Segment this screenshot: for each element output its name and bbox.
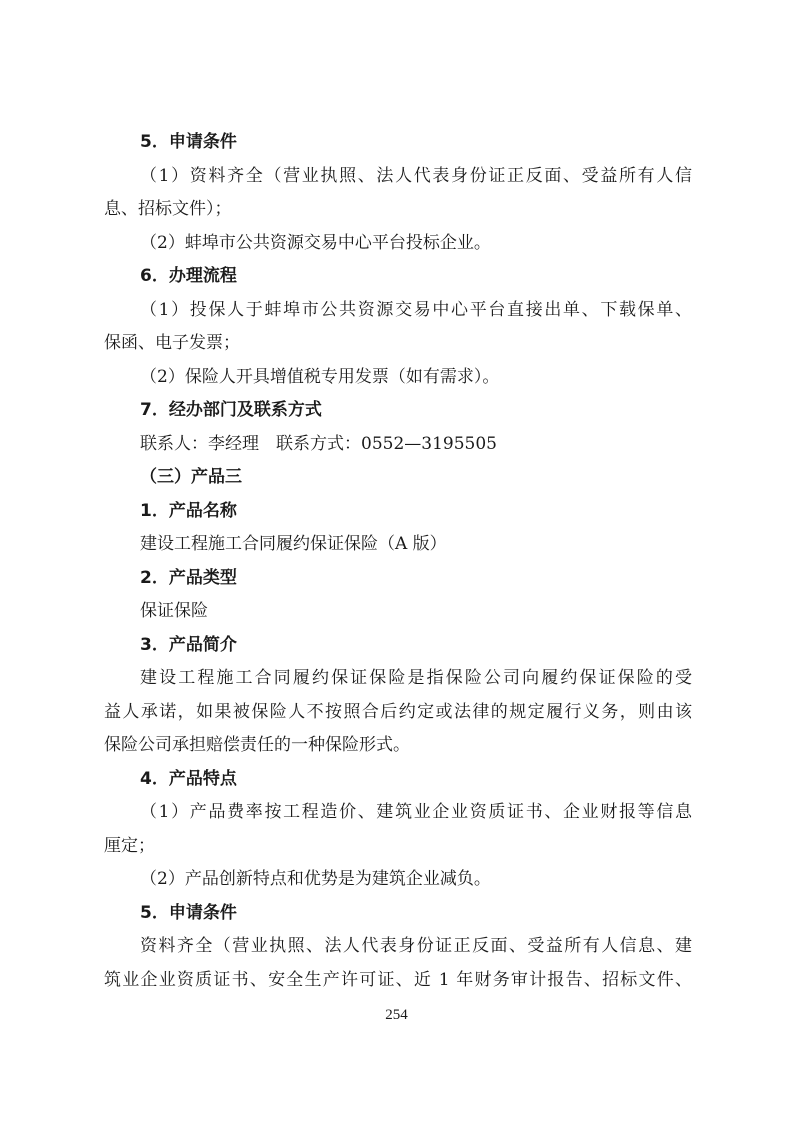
paragraph-line: （1）资料齐全（营业执照、法人代表身份证正反面、受益所有人信 — [104, 160, 692, 194]
product-heading: （三）产品三 — [104, 461, 692, 495]
section-heading: 4．产品特点 — [104, 763, 692, 797]
paragraph-line: （1）产品费率按工程造价、建筑业企业资质证书、企业财报等信息 — [104, 796, 692, 830]
paragraph-line: 建设工程施工合同履约保证保险是指保险公司向履约保证保险的受 — [104, 662, 692, 696]
section-heading: 3．产品简介 — [104, 629, 692, 663]
paragraph-line: 厘定； — [104, 830, 692, 864]
section-heading: 6．办理流程 — [104, 260, 692, 294]
paragraph-line: 资料齐全（营业执照、法人代表身份证正反面、受益所有人信息、建 — [104, 930, 692, 964]
paragraph-line: 筑业企业资质证书、安全生产许可证、近 1 年财务审计报告、招标文件、 — [104, 964, 692, 998]
section-heading: 5．申请条件 — [104, 126, 692, 160]
section-heading: 7．经办部门及联系方式 — [104, 394, 692, 428]
paragraph-line: （1）投保人于蚌埠市公共资源交易中心平台直接出单、下载保单、 — [104, 294, 692, 328]
paragraph-line: 保证保险 — [104, 595, 692, 629]
paragraph-line: （2）蚌埠市公共资源交易中心平台投标企业。 — [104, 227, 692, 261]
paragraph-line: 益人承诺，如果被保险人不按照合后约定或法律的规定履行义务，则由该 — [104, 696, 692, 730]
paragraph-line: 息、招标文件）； — [104, 193, 692, 227]
paragraph-line: 保函、电子发票； — [104, 327, 692, 361]
contact-line: 联系人：李经理 联系方式：0552—3195505 — [104, 428, 692, 462]
paragraph-line: （2）保险人开具增值税专用发票（如有需求）。 — [104, 361, 692, 395]
paragraph-line: （2）产品创新特点和优势是为建筑企业减负。 — [104, 863, 692, 897]
page-number: 254 — [0, 1007, 793, 1024]
section-heading: 5．申请条件 — [104, 897, 692, 931]
section-heading: 2．产品类型 — [104, 562, 692, 596]
document-page: 5．申请条件 （1）资料齐全（营业执照、法人代表身份证正反面、受益所有人信 息、… — [104, 126, 692, 997]
section-heading: 1．产品名称 — [104, 495, 692, 529]
paragraph-line: 建设工程施工合同履约保证保险（A 版） — [104, 528, 692, 562]
paragraph-line: 保险公司承担赔偿责任的一种保险形式。 — [104, 729, 692, 763]
